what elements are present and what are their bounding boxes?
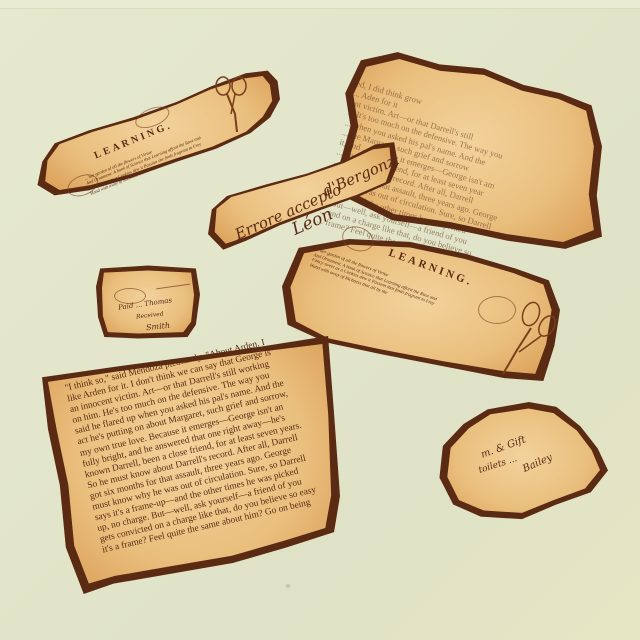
paper-scrap-small-signature: m. & Gift toilets ... Bailey bbox=[436, 402, 608, 524]
scissors-icon bbox=[213, 76, 253, 136]
paper-scrap-small-stamp: Paid ... Thomas Received Smith bbox=[96, 264, 200, 340]
paper-scrap-large-text: "I think so," said Mendoza pleasantly. "… bbox=[42, 336, 340, 594]
photo-background: { "scene": { "description": "Burned-edge… bbox=[0, 0, 640, 640]
body-text: "I think so," said Mendoza pleasantly. "… bbox=[64, 319, 386, 557]
scissors-icon bbox=[487, 300, 557, 380]
table-edge bbox=[0, 0, 640, 9]
signature-line-3: d'Bergonzi bbox=[320, 150, 402, 200]
surface-speck bbox=[286, 584, 290, 588]
